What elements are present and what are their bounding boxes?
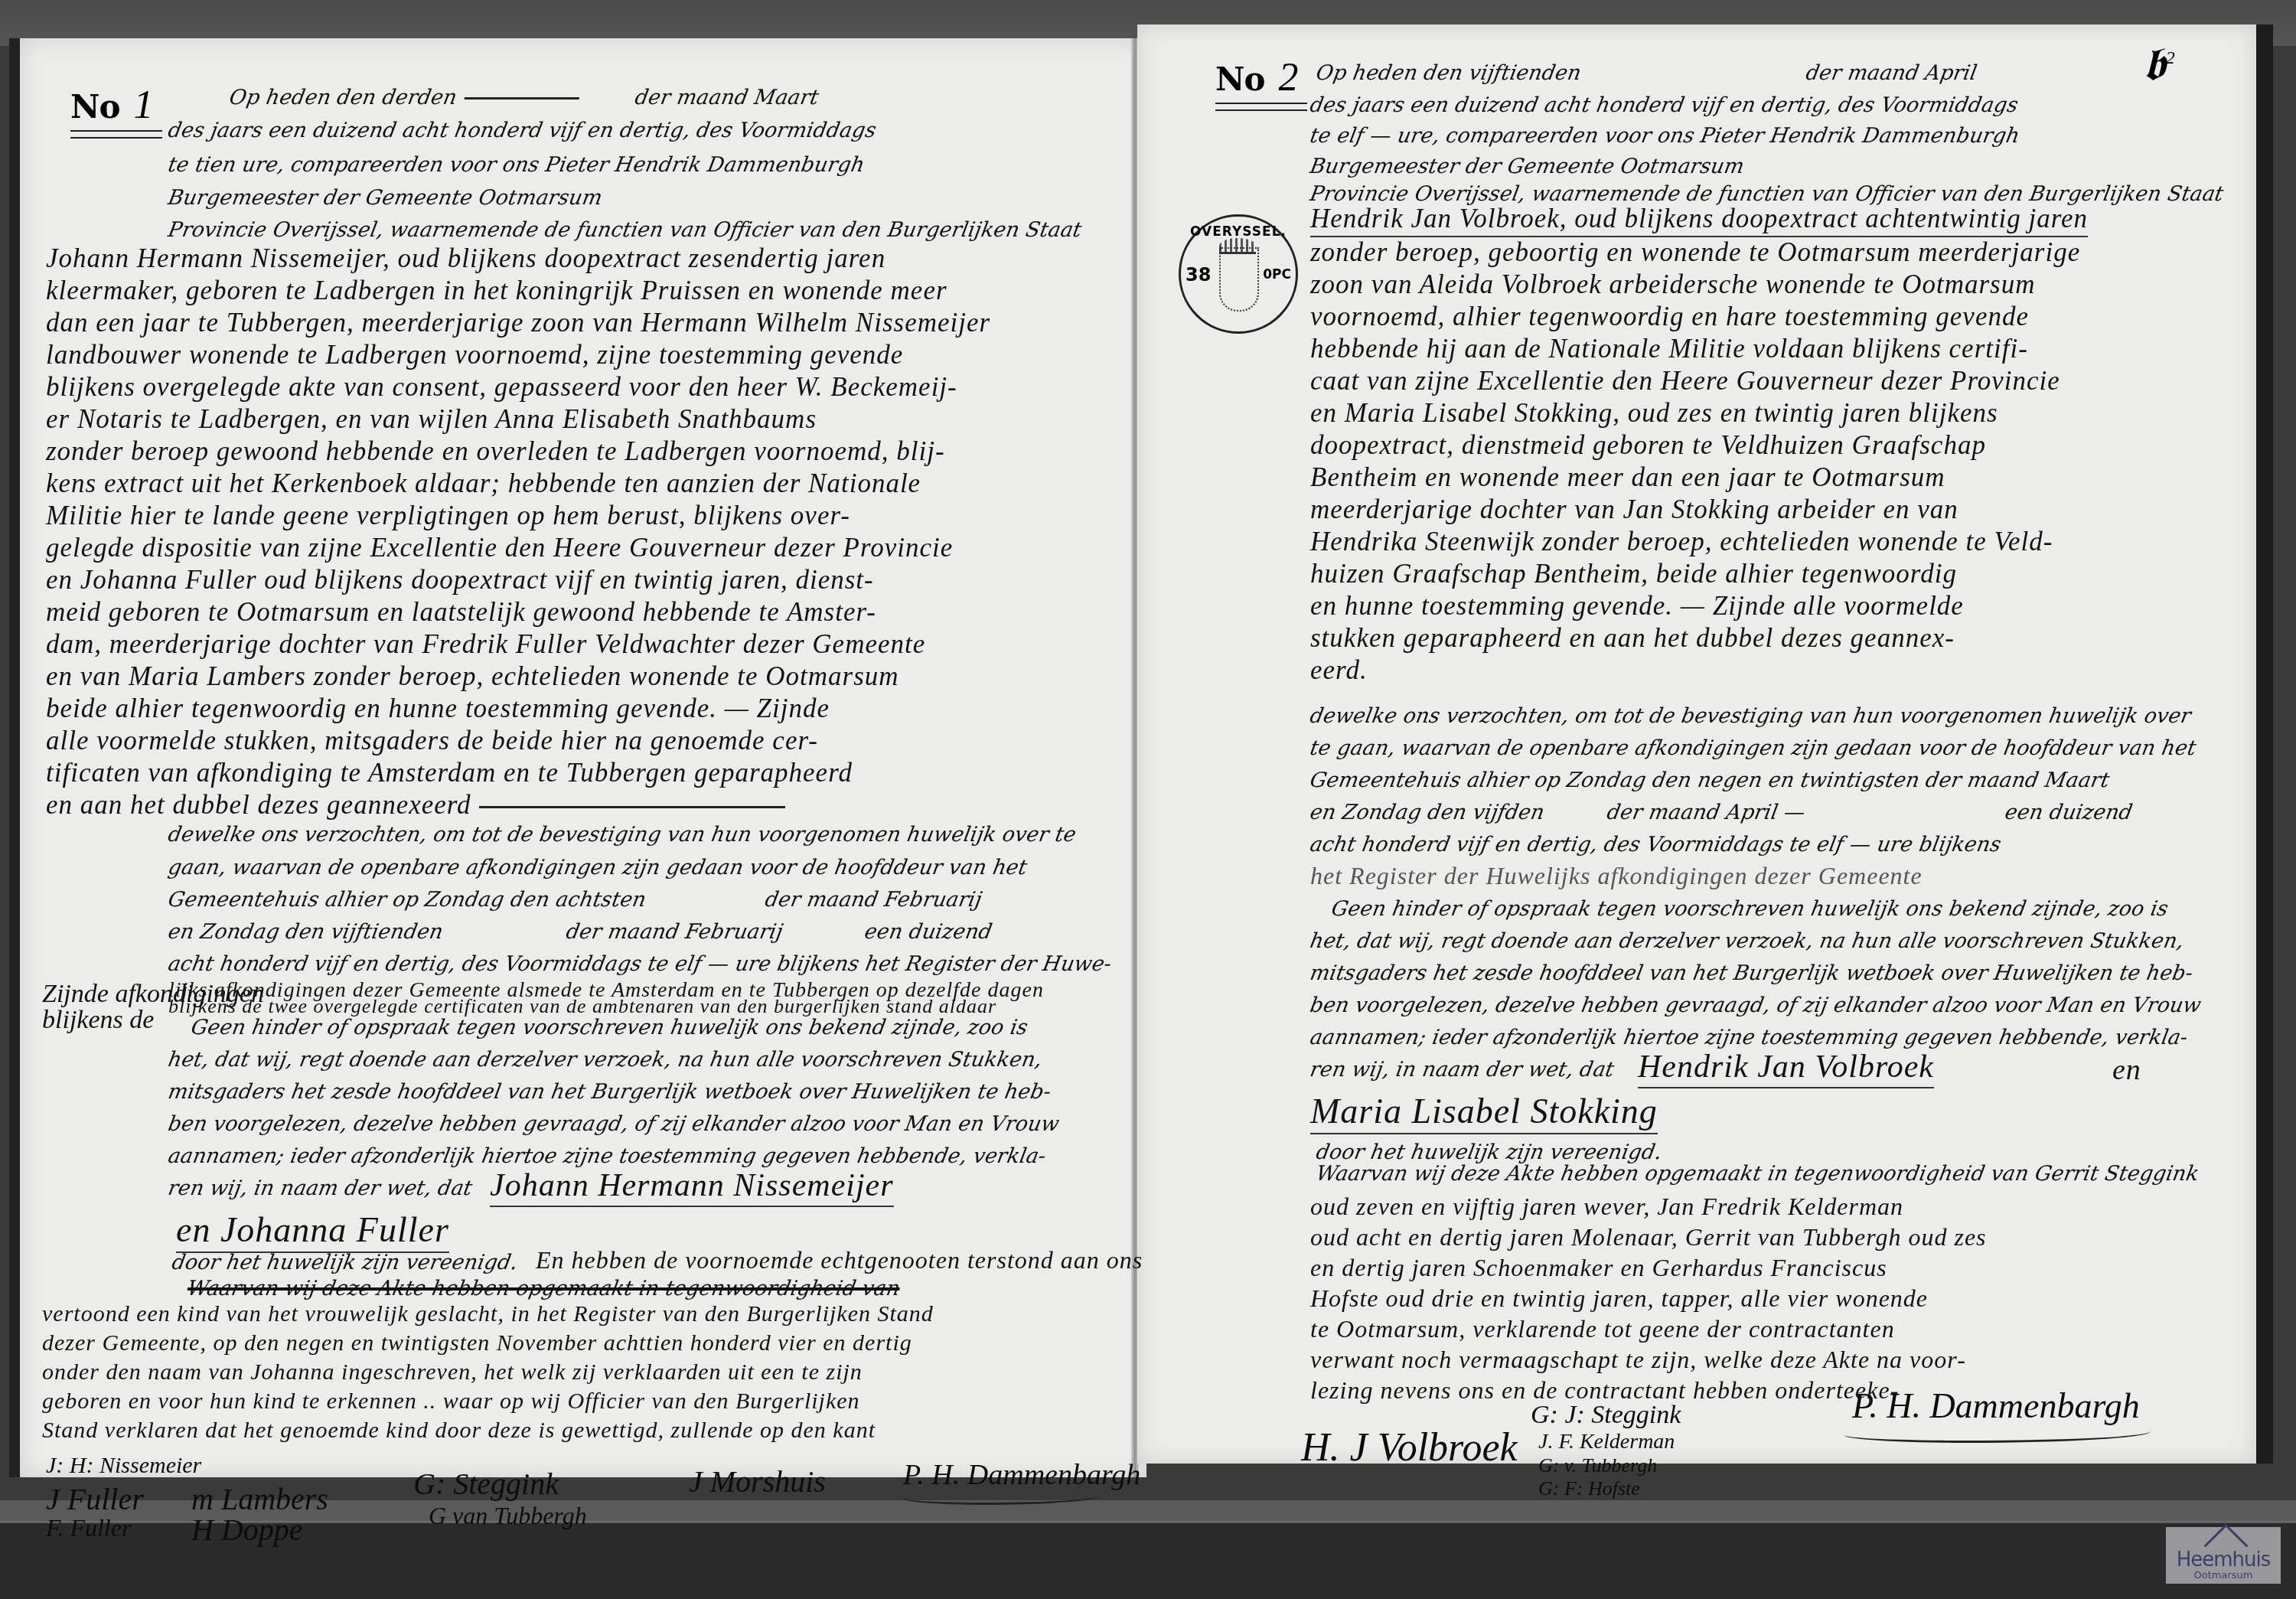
text-line: Waarvan wij deze Akte hebben opgemaakt i… xyxy=(1314,1162,2200,1186)
text-line: Burgemeester der Gemeente Ootmarsum xyxy=(1308,155,1746,178)
text-line: Provincie Overijssel, waarnemende de fun… xyxy=(166,218,1083,242)
text-line: Bentheim en wonende meer dan een jaar te… xyxy=(1310,462,1945,493)
text-line: hebbende hij aan de Nationale Militie vo… xyxy=(1310,334,2028,364)
text-line: door het huwelijk zijn vereenigd. xyxy=(170,1251,519,1274)
text-line: dan een jaar te Tubbergen, meerderjarige… xyxy=(46,308,990,338)
text-line: onder den naam van Johanna ingeschreven,… xyxy=(42,1359,863,1385)
text-line: zonder beroep, geboortig en wonende te O… xyxy=(1310,237,2080,268)
text-line: gelegde dispositie van zijne Excellentie… xyxy=(46,533,953,563)
text-line: zonder beroep gewoond hebbende en overle… xyxy=(46,436,945,467)
text-line: en aan het dubbel dezes geannexeerd xyxy=(46,790,793,821)
signature: H. J Volbroek xyxy=(1301,1425,1518,1470)
struck-text-line: Waarvan wij deze Akte hebben opgemaakt i… xyxy=(185,1277,902,1300)
signature: G van Tubbergh xyxy=(429,1502,587,1530)
folio-number: 𝖇2 xyxy=(2143,38,2175,91)
scan-rule xyxy=(0,1521,2296,1522)
text-line: meid geboren te Ootmarsum en laatstelijk… xyxy=(46,597,876,628)
stamp-unit: 0PC xyxy=(1263,267,1291,282)
text-line: caat van zijne Excellentie den Heere Gou… xyxy=(1310,366,2060,396)
text-line: aannamen; ieder afzonderlijk hiertoe zij… xyxy=(166,1144,1048,1168)
text-line: mitsgaders het zesde hoofddeel van het B… xyxy=(1308,961,2194,985)
text-line: der maand Maart xyxy=(633,86,820,109)
text-line: een duizend xyxy=(863,920,994,944)
text-line: der maand April — xyxy=(1605,801,1807,824)
entry-no-label: No xyxy=(1215,60,1264,98)
signature: J Fuller xyxy=(46,1481,144,1517)
text-line: Provincie Overijssel, waarnemende de fun… xyxy=(1308,182,2225,206)
scan-background-bottom xyxy=(0,1500,2296,1599)
text-line: acht honderd vijf en dertig, des Voormid… xyxy=(1308,833,2003,857)
text-line: tificaten van afkondiging te Amsterdam e… xyxy=(46,758,853,788)
text-line: des jaars een duizend acht honderd vijf … xyxy=(1308,93,2020,117)
bride-name: Maria Lisabel Stokking xyxy=(1310,1091,1658,1134)
text-line: het Register der Huwelijks afkondigingen… xyxy=(1310,862,1923,890)
entry-no-label: No xyxy=(70,88,119,126)
text-line: en Johanna Fuller oud blijkens doopextra… xyxy=(46,565,874,596)
text-line: dezer Gemeente, op den negen en twintigs… xyxy=(42,1330,912,1356)
text-line: Hofste oud drie en twintig jaren, tapper… xyxy=(1310,1284,1928,1313)
signature: P. H. Dammenbargh xyxy=(903,1458,1140,1492)
text-line: Gemeentehuis alhier op Zondag den negen … xyxy=(1308,768,2111,792)
text-line: ren wij, in naam der wet, dat xyxy=(166,1176,474,1200)
text-line: Burgemeester der Gemeente Ootmarsum xyxy=(166,186,604,210)
text-line: Op heden den derden xyxy=(227,86,589,109)
bride-name: en Johanna Fuller xyxy=(176,1209,449,1253)
text-line: doopextract, dienstmeid geboren te Veldh… xyxy=(1310,430,1986,461)
signature: G: J: Steggink xyxy=(1531,1401,1681,1430)
groom-name: Hendrik Jan Volbroek xyxy=(1638,1049,1934,1088)
text-line: voornoemd, alhier tegenwoordig en hare t… xyxy=(1310,302,2029,332)
stamp-province: OVERYSSEL. xyxy=(1181,224,1296,240)
text-line: oud zeven en vijftig jaren wever, Jan Fr… xyxy=(1310,1193,1903,1221)
heemhuis-watermark: Heemhuis Ootmarsum xyxy=(2166,1527,2281,1584)
coat-of-arms-icon xyxy=(1219,247,1259,312)
stamp-value: 38 xyxy=(1186,264,1211,286)
text-line: blijkens de twee overgelegde certificate… xyxy=(168,995,996,1018)
text-line: Gemeentehuis alhier op Zondag den achtst… xyxy=(166,888,647,912)
text-line: zoon van Aleida Volbroek arbeidersche wo… xyxy=(1310,269,2035,300)
text-line: En hebben de voornoemde echtgenooten ter… xyxy=(536,1246,1143,1274)
text-line: en van Maria Lambers zonder beroep, echt… xyxy=(46,661,899,692)
signature: G: Steggink xyxy=(413,1466,559,1502)
text-line: Geen hinder of opspraak tegen voorschrev… xyxy=(189,1016,1029,1039)
text-line: Stand verklaren dat het genoemde kind do… xyxy=(42,1418,876,1444)
text-line: aannamen; ieder afzonderlijk hiertoe zij… xyxy=(1308,1026,2190,1049)
text-line: en hunne toestemming gevende. — Zijnde a… xyxy=(1310,591,1964,622)
text-line: een duizend xyxy=(2003,801,2135,824)
margin-note: blijkens de xyxy=(42,1006,154,1035)
text-line: te gaan, waarvan de openbare afkondiging… xyxy=(1308,736,2197,760)
text-line: Op heden den vijftienden xyxy=(1314,61,1583,85)
text-line: kleermaker, geboren te Ladbergen in het … xyxy=(46,276,947,306)
text-line: meerderjarige dochter van Jan Stokking a… xyxy=(1310,494,1958,525)
text-line: eerd. xyxy=(1310,655,1368,686)
text-line: kens extract uit het Kerkenboek aldaar; … xyxy=(46,468,921,499)
signature: F. Fuller xyxy=(46,1514,131,1542)
groom-name: Hendrik Jan Volbroek, oud blijkens doope… xyxy=(1310,204,2088,237)
text-line: ben voorgelezen, dezelve hebben gevraagd… xyxy=(1308,994,2203,1017)
text-line: en Zondag den vijfden xyxy=(1308,801,1546,824)
text-line: en xyxy=(2112,1053,2141,1087)
signature: J. F. Kelderman xyxy=(1538,1430,1675,1454)
signature: H Doppe xyxy=(191,1512,303,1548)
entry-number-left: No1 xyxy=(70,83,152,128)
text-line: er Notaris te Ladbergen, en van wijlen A… xyxy=(46,404,817,435)
text-line: blijkens overgelegde akte van consent, g… xyxy=(46,372,957,403)
text-line: en Maria Lisabel Stokking, oud zes en tw… xyxy=(1310,398,1998,429)
text-line: vertoond een kind van het vrouwelijk ges… xyxy=(42,1301,934,1327)
text-line: mitsgaders het zesde hoofddeel van het B… xyxy=(166,1080,1052,1104)
text-line: dewelke ons verzochten, om tot de bevest… xyxy=(166,823,1078,847)
text-line: het, dat wij, regt doende aan derzelver … xyxy=(1308,929,2186,953)
signature: J Morshuis xyxy=(689,1464,826,1499)
text-line: des jaars een duizend acht honderd vijf … xyxy=(166,119,878,142)
tax-stamp: OVERYSSEL. 38 0PC xyxy=(1179,214,1298,334)
signature: G: v. Tubbergh xyxy=(1538,1454,1657,1477)
text-line: dam, meerderjarige dochter van Fredrik F… xyxy=(46,629,925,660)
entry-number-right: No2 xyxy=(1215,55,1297,100)
text-line: het, dat wij, regt doende aan derzelver … xyxy=(166,1048,1044,1072)
margin-note: Zijnde afkondigingen xyxy=(42,980,264,1009)
text-line: Johann Hermann Nissemeijer, oud blijkens… xyxy=(46,243,885,274)
text-line: der maand April xyxy=(1804,61,1978,85)
text-line: ren wij, in naam der wet, dat xyxy=(1308,1058,1616,1082)
text-line: Geen hinder of opspraak tegen voorschrev… xyxy=(1329,897,2170,921)
entry-no-value: 1 xyxy=(133,83,152,127)
text-line: beide alhier tegenwoordig en hunne toest… xyxy=(46,693,830,724)
groom-name: Johann Hermann Nissemeijer xyxy=(490,1167,894,1207)
signature: G: F: Hofste xyxy=(1538,1477,1640,1500)
text-line: landbouwer wonende te Ladbergen voornoem… xyxy=(46,340,903,370)
text-line: te Ootmarsum, verklarende tot geene der … xyxy=(1310,1315,1895,1343)
text-line: oud acht en dertig jaren Molenaar, Gerri… xyxy=(1310,1223,1987,1251)
watermark-subtitle: Ootmarsum xyxy=(2166,1570,2281,1581)
text-line: door het huwelijk zijn vereenigd. xyxy=(1314,1141,1663,1164)
text-line: dewelke ons verzochten, om tot de bevest… xyxy=(1308,704,2193,728)
text-line: der maand Februarij xyxy=(564,920,784,944)
text-line: te tien ure, compareerden voor ons Piete… xyxy=(166,153,866,177)
watermark-title: Heemhuis xyxy=(2166,1548,2281,1571)
text-line: te elf — ure, compareerden voor ons Piet… xyxy=(1308,124,2021,148)
text-line: gaan, waarvan de openbare afkondigingen … xyxy=(166,856,1029,879)
text-line: acht honderd vijf en dertig, des Voormid… xyxy=(166,952,1113,976)
text-line: ben voorgelezen, dezelve hebben gevraagd… xyxy=(166,1112,1061,1136)
text-line: der maand Februarij xyxy=(763,888,983,912)
signature: J: H: Nissemeier xyxy=(46,1453,201,1479)
signature: P. H. Dammenbargh xyxy=(1852,1385,2140,1426)
text-line: Militie hier te lande geene verpligtinge… xyxy=(46,501,850,531)
text-line: en dertig jaren Schoenmaker en Gerhardus… xyxy=(1310,1254,1887,1282)
text-line: alle voormelde stukken, mitsgaders de be… xyxy=(46,726,818,756)
text-line: Hendrika Steenwijk zonder beroep, echtel… xyxy=(1310,527,2053,557)
text-line: huizen Graafschap Bentheim, beide alhier… xyxy=(1310,559,1957,589)
text-line: stukken geparapheerd en aan het dubbel d… xyxy=(1310,623,1955,654)
text-line: en Zondag den vijftienden xyxy=(166,920,445,944)
text-line: verwant noch vermaagschapt te zijn, welk… xyxy=(1310,1346,1966,1374)
text-line: geboren en voor hun kind te erkennen .. … xyxy=(42,1389,860,1415)
entry-no-value: 2 xyxy=(1278,56,1297,100)
